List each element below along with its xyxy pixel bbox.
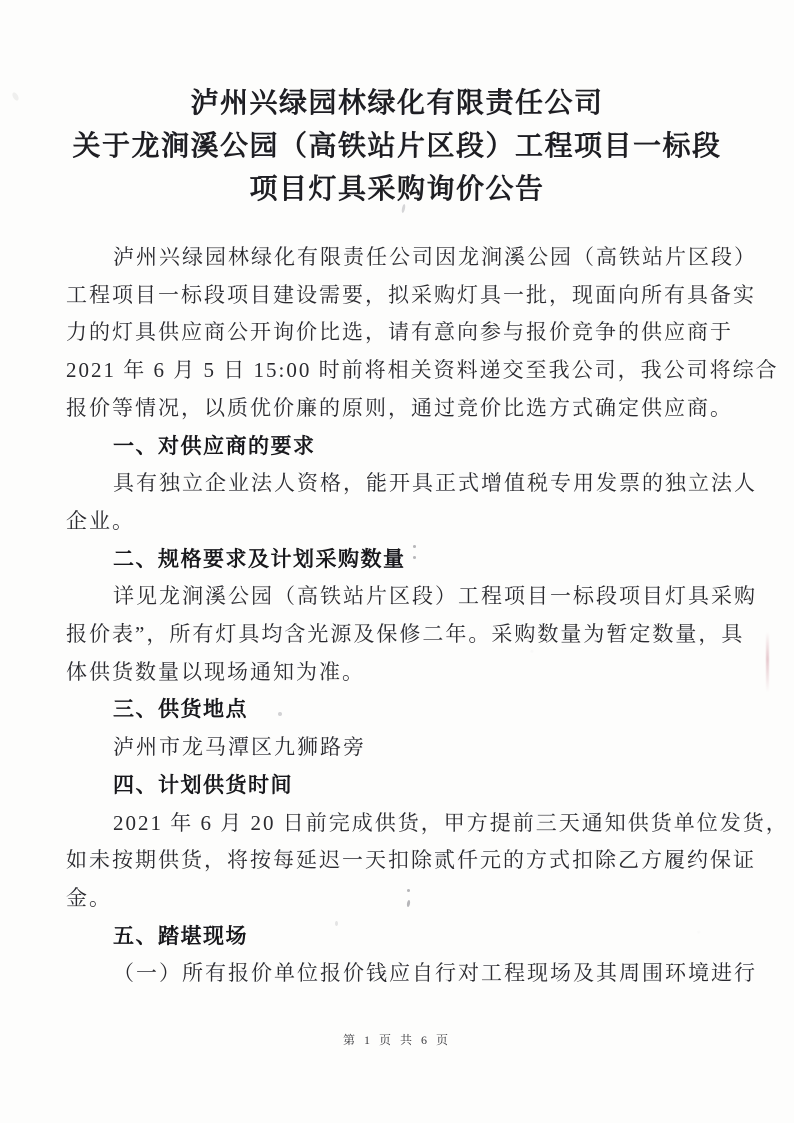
paragraph-line: 金。 bbox=[66, 880, 730, 918]
page-number-footer: 第 1 页 共 6 页 bbox=[0, 1031, 794, 1048]
paragraph-line: 报价等情况，以质优价廉的原则，通过竞价比选方式确定供应商。 bbox=[66, 390, 730, 428]
paragraph-line: 如未按期供货，将按每延迟一天扣除贰仟元的方式扣除乙方履约保证 bbox=[66, 842, 730, 880]
title-line-2: 关于龙涧溪公园（高铁站片区段）工程项目一标段 bbox=[0, 124, 794, 167]
section-heading-4: 四、计划供货时间 bbox=[66, 767, 730, 805]
scanned-document-page: 泸州兴绿园林绿化有限责任公司 关于龙涧溪公园（高铁站片区段）工程项目一标段 项目… bbox=[0, 0, 794, 1123]
section-heading-2: 二、规格要求及计划采购数量 bbox=[66, 541, 730, 579]
paragraph-line: 泸州兴绿园林绿化有限责任公司因龙涧溪公园（高铁站片区段） bbox=[66, 239, 730, 277]
paragraph-line: 2021 年 6 月 5 日 15:00 时前将相关资料递交至我公司，我公司将综… bbox=[66, 352, 730, 390]
delivery-location-line: 泸州市龙马潭区九狮路旁 bbox=[66, 729, 730, 767]
scan-streak-artifact bbox=[766, 632, 769, 692]
paragraph-line: 报价表”，所有灯具均含光源及保修二年。采购数量为暂定数量，具 bbox=[66, 616, 730, 654]
paragraph-line: （一）所有报价单位报价钱应自行对工程现场及其周围环境进行 bbox=[66, 955, 730, 993]
title-line-3: 项目灯具采购询价公告 bbox=[0, 167, 794, 210]
paragraph-line: 体供货数量以现场通知为准。 bbox=[66, 654, 730, 692]
paragraph-line: 详见龙涧溪公园（高铁站片区段）工程项目一标段项目灯具采购 bbox=[66, 578, 730, 616]
section-heading-5: 五、踏堪现场 bbox=[66, 918, 730, 956]
document-body: 泸州兴绿园林绿化有限责任公司因龙涧溪公园（高铁站片区段） 工程项目一标段项目建设… bbox=[66, 239, 730, 993]
section-heading-1: 一、对供应商的要求 bbox=[66, 428, 730, 466]
document-title: 泸州兴绿园林绿化有限责任公司 关于龙涧溪公园（高铁站片区段）工程项目一标段 项目… bbox=[0, 81, 794, 210]
paragraph-line: 企业。 bbox=[66, 503, 730, 541]
paragraph-line: 具有独立企业法人资格，能开具正式增值税专用发票的独立法人 bbox=[66, 465, 730, 503]
section-heading-3: 三、供货地点 bbox=[66, 691, 730, 729]
title-line-1: 泸州兴绿园林绿化有限责任公司 bbox=[0, 81, 794, 124]
paragraph-line: 工程项目一标段项目建设需要，拟采购灯具一批，现面向所有具备实 bbox=[66, 277, 730, 315]
paragraph-line: 2021 年 6 月 20 日前完成供货，甲方提前三天通知供货单位发货， bbox=[66, 805, 730, 843]
paragraph-line: 力的灯具供应商公开询价比选，请有意向参与报价竞争的供应商于 bbox=[66, 314, 730, 352]
